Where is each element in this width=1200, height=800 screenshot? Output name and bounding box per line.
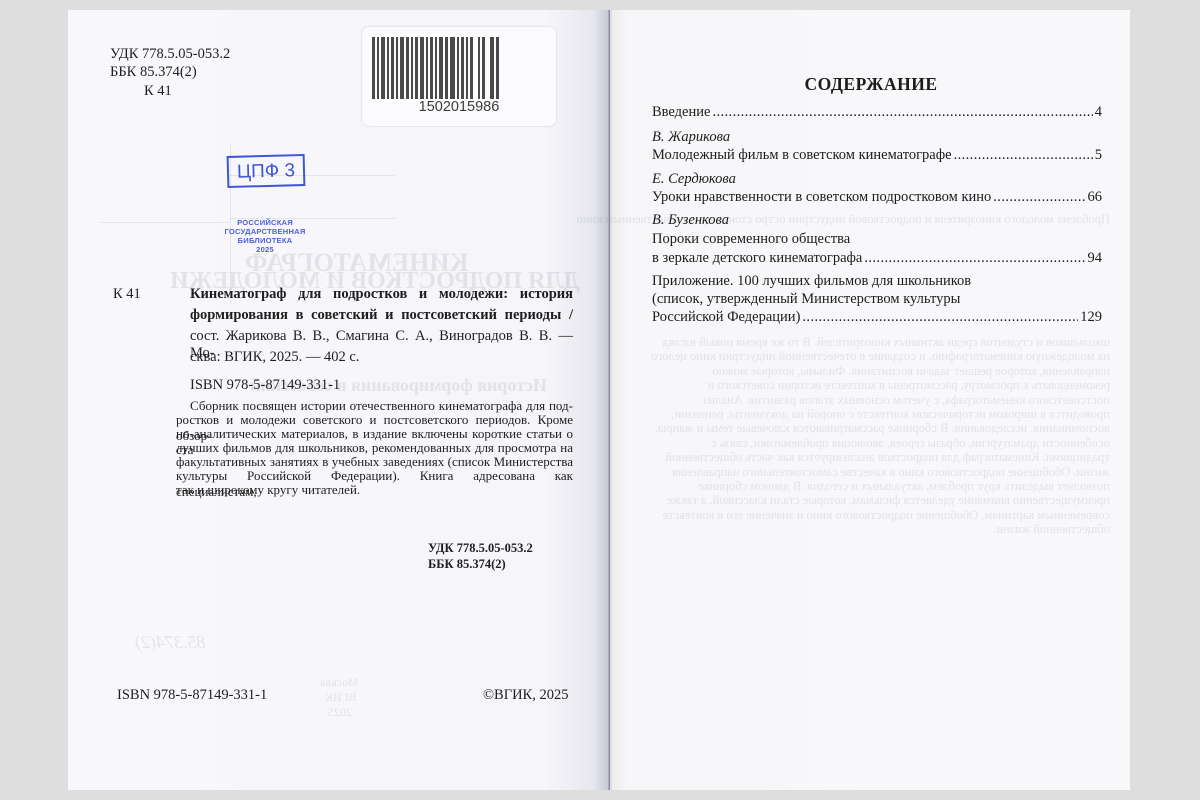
toc-entry-label-line: Пороки современного общества (652, 231, 850, 248)
toc-leader-dots (954, 147, 1093, 164)
catalog-title-line: формирования в советский и постсоветский… (190, 307, 573, 324)
library-stamp: РОССИЙСКАЯ ГОСУДАРСТВЕННАЯ БИБЛИОТЕКА 20… (215, 218, 315, 254)
toc-page-number: 4 (1095, 104, 1102, 121)
toc-leader-dots (712, 104, 1092, 121)
udk-code: УДК 778.5.05-053.2 (110, 46, 230, 63)
toc-entry-appendix[interactable]: Российской Федерации) 129 (652, 309, 1102, 326)
copyright: ©ВГИК, 2025 (483, 687, 568, 704)
toc-entry-youth-film[interactable]: Молодежный фильм в советском кинематогра… (652, 147, 1102, 164)
toc-entry-label-line: Приложение. 100 лучших фильмов для школь… (652, 273, 971, 290)
cpf-stamp: ЦПФ 3 (227, 154, 306, 188)
toc-entry-label: Введение (652, 104, 710, 121)
author-mark: К 41 (144, 83, 172, 100)
bbk-code: ББК 85.374(2) (110, 64, 197, 81)
library-stamp-line: РОССИЙСКАЯ (215, 218, 315, 227)
toc-entry-label: Молодежный фильм в советском кинематогра… (652, 147, 952, 164)
toc-entry-label: Уроки нравственности в советском подрост… (652, 189, 991, 206)
toc-entry-label-line: (список, утвержденный Министерством куль… (652, 291, 960, 308)
toc-entry-morality-lessons[interactable]: Уроки нравственности в советском подрост… (652, 189, 1102, 206)
toc-entry-vices[interactable]: в зеркале детского кинематографа 94 (652, 250, 1102, 267)
toc-page-number: 5 (1095, 147, 1102, 164)
right-page: СОДЕРЖАНИЕ (612, 10, 1130, 790)
toc-entry-label: в зеркале детского кинематографа (652, 250, 862, 267)
toc-entry-label: Российской Федерации) (652, 309, 800, 326)
toc-page-number: 94 (1088, 250, 1103, 267)
catalog-mark: К 41 (113, 286, 141, 303)
catalog-title-line: Кинематограф для подростков и молодежи: … (190, 286, 573, 303)
toc-entry-introduction[interactable]: Введение 4 (652, 104, 1102, 121)
barcode-bars (372, 37, 544, 99)
barcode-label: 1502015986 (362, 27, 556, 126)
bleed-through-line (100, 222, 230, 223)
toc-author: Е. Сердюкова (652, 171, 736, 188)
toc-author: В. Жарикова (652, 129, 730, 146)
toc-title: СОДЕРЖАНИЕ (612, 74, 1130, 95)
footer-isbn: ISBN 978-5-87149-331-1 (117, 687, 267, 704)
bottom-udk-code: УДК 778.5.05-053.2 (428, 541, 533, 556)
toc-leader-dots (802, 309, 1078, 326)
toc-page-number: 129 (1080, 309, 1102, 326)
abstract-line: так и широкому кругу читателей. (176, 482, 360, 498)
toc-page-number: 66 (1088, 189, 1103, 206)
barcode-number: 1502015986 (362, 99, 556, 115)
library-stamp-line: БИБЛИОТЕКА (215, 236, 315, 245)
catalog-isbn: ISBN 978-5-87149-331-1 (190, 377, 340, 394)
toc-author: В. Бузенкова (652, 212, 729, 229)
toc-leader-dots (993, 189, 1085, 206)
catalog-desc-line: сква: ВГИК, 2025. — 402 с. (190, 349, 359, 366)
library-stamp-line: ГОСУДАРСТВЕННАЯ (215, 227, 315, 236)
bottom-bbk-code: ББК 85.374(2) (428, 557, 506, 572)
library-stamp-line: 2025 (215, 245, 315, 254)
toc-leader-dots (864, 250, 1085, 267)
